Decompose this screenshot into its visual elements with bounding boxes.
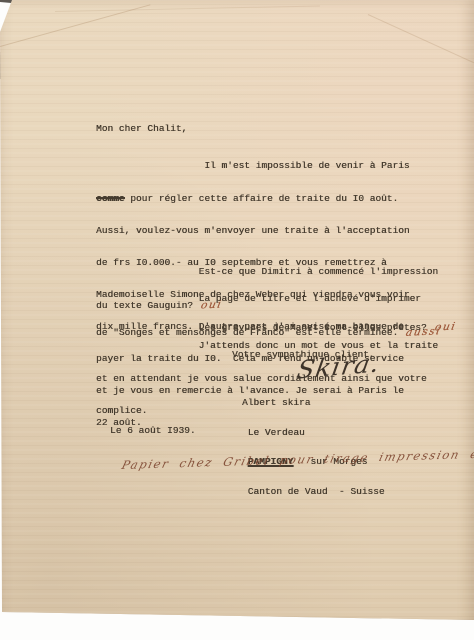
letter-line: Aussi, voulez-vous m'envoyer une traite …: [96, 226, 410, 237]
address-line: Canton de Vaud - Suisse: [242, 487, 385, 497]
date-line: Le 6 août I939.: [110, 426, 196, 437]
letter-salutation: Mon cher Chalit,: [96, 124, 187, 135]
paper-crease: [0, 4, 150, 47]
letter-line-rest: pour régler cette affaire de traite du I…: [125, 193, 399, 204]
paper-crease: [368, 14, 474, 64]
scanned-letter-page: Mon cher Chalit, Il m'est impossible de …: [0, 0, 474, 640]
paper-crease: [55, 5, 320, 12]
paper: Mon cher Chalit, Il m'est impossible de …: [0, 0, 474, 640]
address-name: Albert skira: [242, 398, 385, 408]
address-line: Le Verdeau: [242, 428, 385, 438]
address-block: Albert skira Le Verdeau PAMPIGNY sur Mor…: [242, 378, 385, 517]
struck-word: comme: [96, 193, 125, 204]
letter-line: comme pour régler cette affaire de trait…: [96, 194, 410, 205]
letter-line: Il m'est impossible de venir à Paris: [96, 161, 410, 172]
